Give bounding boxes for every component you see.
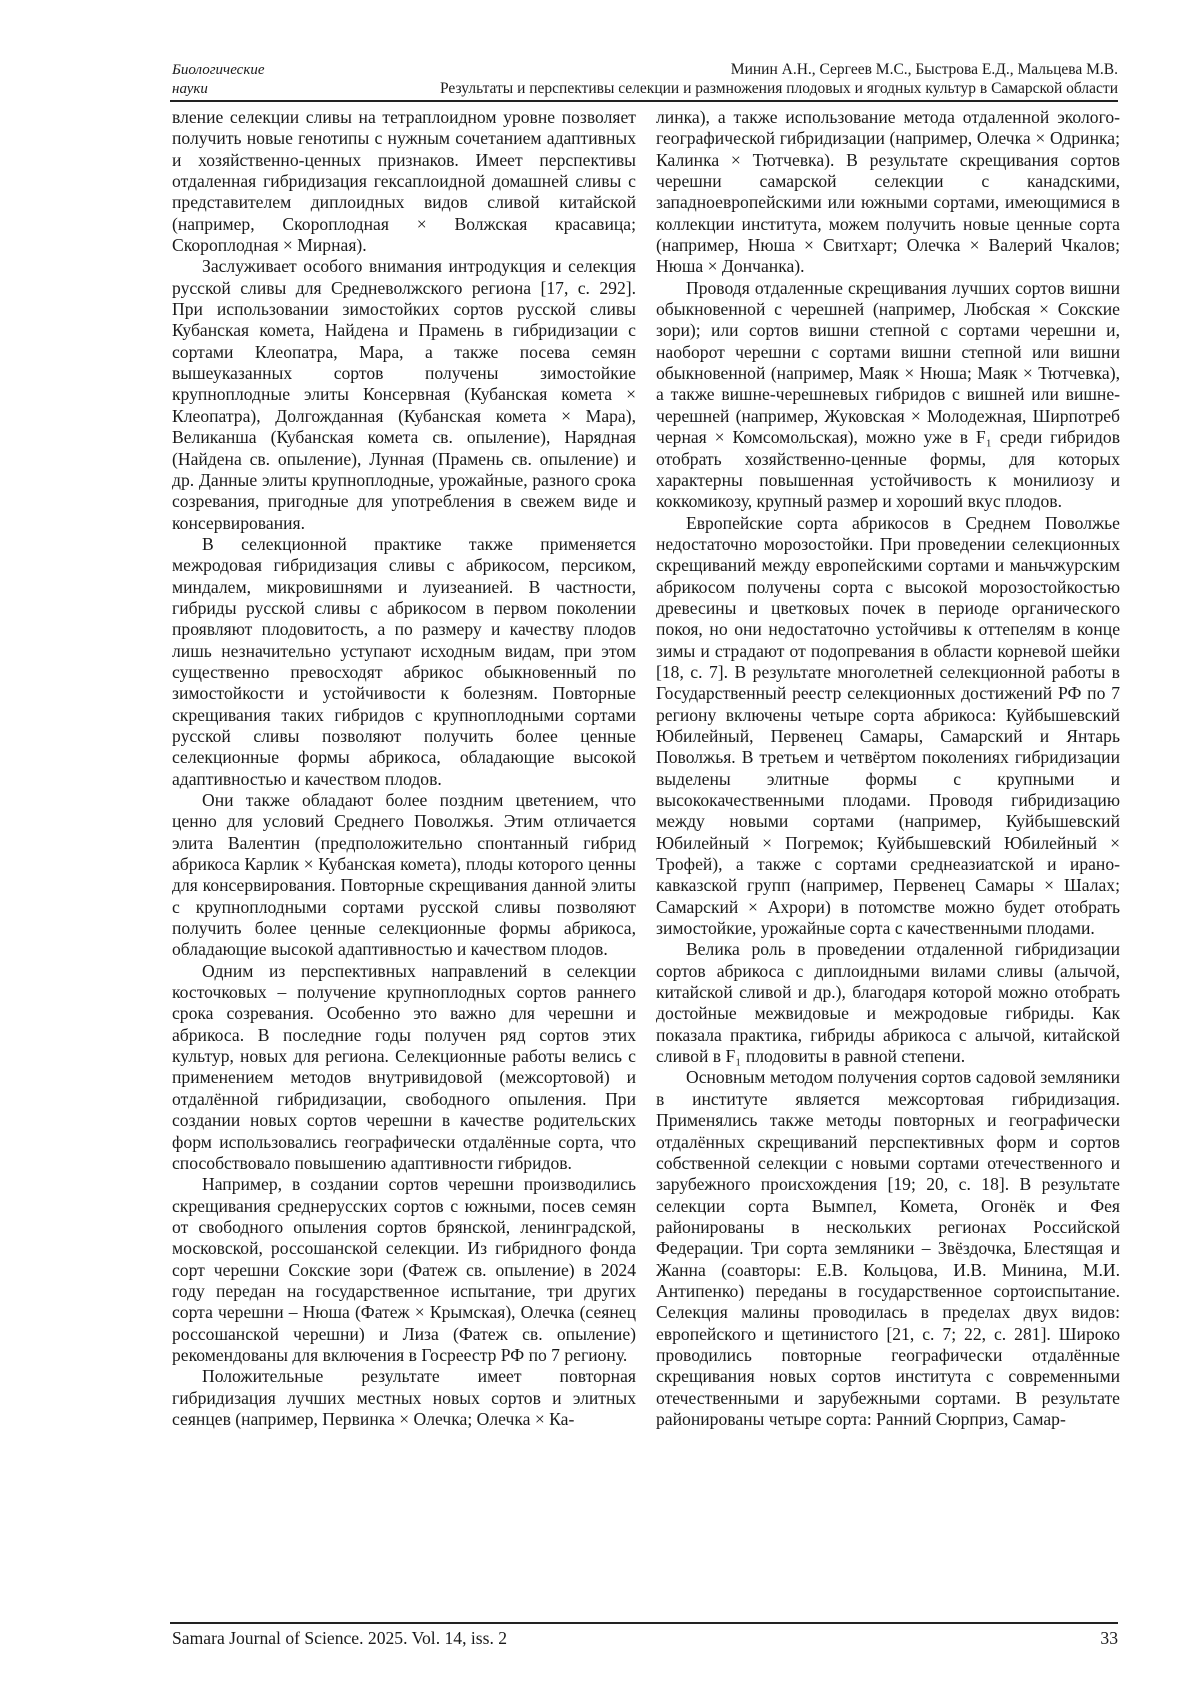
paragraph: Положительные результате имеет повторная… (172, 1366, 636, 1430)
paragraph: В селекционной практике также применяетс… (172, 534, 636, 790)
paragraph: Например, в создании сортов черешни прои… (172, 1174, 636, 1366)
running-header: Биологические науки Минин А.Н., Сергеев … (170, 58, 1118, 102)
running-footer: Samara Journal of Science. 2025. Vol. 14… (170, 1622, 1118, 1654)
header-section-line2: науки (172, 79, 208, 99)
paragraph: Основным методом получения сортов садово… (656, 1067, 1120, 1430)
body-columns: вление селекции сливы на тетраплоидном у… (170, 107, 1118, 1623)
paragraph: Они также обладают более поздним цветени… (172, 790, 636, 961)
left-column: вление селекции сливы на тетраплоидном у… (172, 107, 636, 1430)
paragraph: Велика роль в проведении отдаленной гибр… (656, 939, 1120, 1067)
paragraph: вление селекции сливы на тетраплоидном у… (172, 107, 636, 256)
journal-page: Биологические науки Минин А.Н., Сергеев … (170, 58, 1118, 102)
header-section-line1: Биологические (172, 60, 265, 80)
header-article-title: Результаты и перспективы селекции и разм… (440, 79, 1118, 99)
paragraph: Европейские сорта абрикосов в Среднем По… (656, 513, 1120, 940)
header-authors: Минин А.Н., Сергеев М.С., Быстрова Е.Д.,… (731, 60, 1118, 80)
paragraph: Проводя отдаленные скрещивания лучших со… (656, 278, 1120, 513)
right-column: линка), а также использование метода отд… (656, 107, 1120, 1430)
paragraph: Заслуживает особого внимания интродукция… (172, 256, 636, 533)
footer-journal-citation: Samara Journal of Science. 2025. Vol. 14… (172, 1628, 507, 1649)
paragraph: Одним из перспективных направлений в сел… (172, 961, 636, 1174)
paragraph: линка), а также использование метода отд… (656, 107, 1120, 278)
page-number: 33 (1100, 1628, 1118, 1649)
